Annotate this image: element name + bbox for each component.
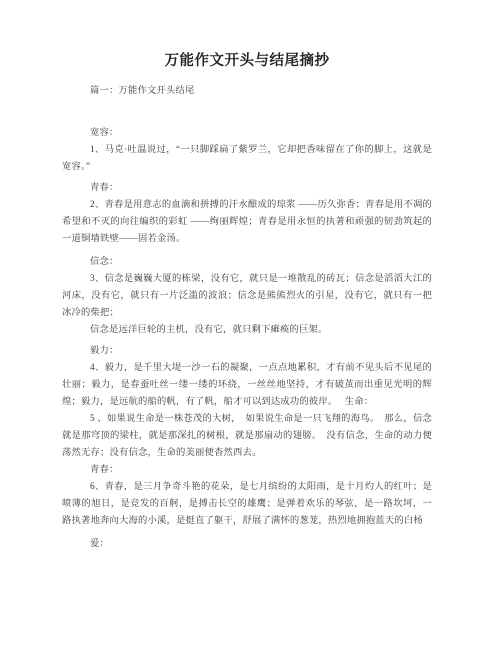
section-heading-perseverance: 毅力： (62, 343, 432, 360)
body-paragraph-6: 6、青春，是三月争奇斗艳的花朵，是七月缤纷的太阳雨，是十月灼人的红叶；是喷薄的旭… (62, 479, 432, 530)
body-paragraph-5: 5 、如果说生命是一株苍茂的大树， 如果说生命是一只飞翔的海鸟。 那么，信念就是… (62, 411, 432, 462)
section-heading-youth-2: 青春： (62, 462, 432, 479)
body-paragraph-1: 1、马克·吐温说过，“一只脚踩扁了紫罗兰，它却把香味留在了你的脚上，这就是宽容。… (62, 142, 432, 176)
section-heading-love: 爱： (62, 536, 432, 553)
section-heading-youth: 青春： (62, 180, 432, 197)
body-paragraph-3b: 信念是远洋巨轮的主机，没有它，就只剩下瘫痪的巨架。 (62, 322, 432, 339)
part-label: 篇一：万能作文开头结尾 (62, 83, 432, 100)
document-page: 万能作文开头与结尾摘抄 篇一：万能作文开头结尾 宽容： 1、马克·吐温说过，“一… (0, 0, 500, 647)
body-paragraph-3: 3、信念是巍巍大厦的栋梁，没有它，就只是一堆散乱的砖瓦；信念是滔滔大江的河床，没… (62, 271, 432, 322)
body-paragraph-2: 2、青春是用意志的血滴和拼搏的汗水酿成的琼浆 ——历久弥香；青春是用不凋的希望和… (62, 197, 432, 248)
body-paragraph-4: 4、毅力，是千里大堤一沙一石的凝聚，一点点地累积，才有前不见头后不见尾的壮丽；毅… (62, 360, 432, 411)
section-heading-tolerance: 宽容： (62, 125, 432, 142)
section-heading-faith: 信念： (62, 254, 432, 271)
document-title: 万能作文开头与结尾摘抄 (62, 52, 432, 70)
